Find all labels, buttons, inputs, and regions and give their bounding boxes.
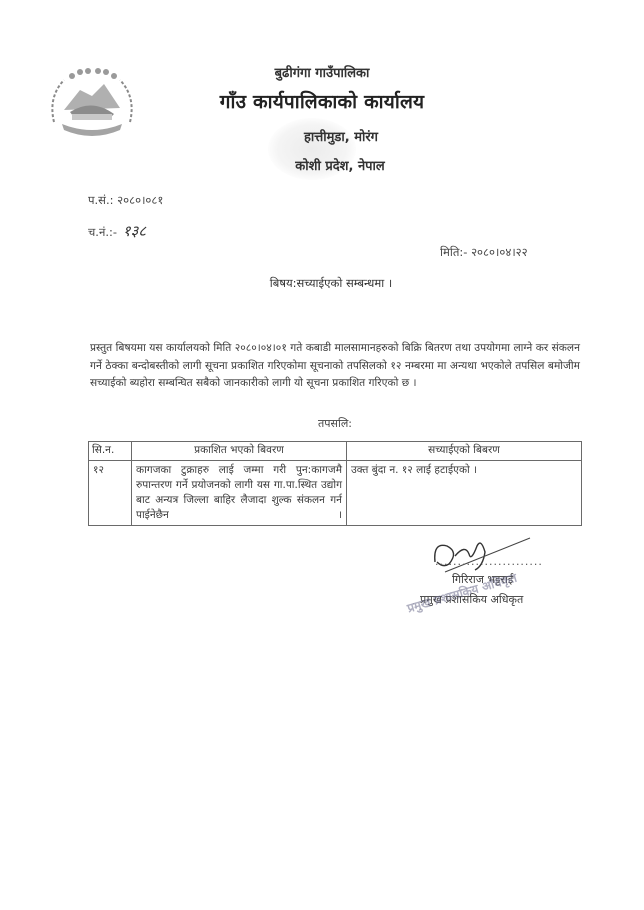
ps-label: प.सं.: xyxy=(88,193,114,207)
letter-date: मिति:- २०८०।०४।२२ xyxy=(440,245,528,260)
reference-ps: प.सं.: २०८०।०८१ xyxy=(88,193,163,208)
signature-line: ........................ xyxy=(435,555,543,568)
cn-label: च.नं.:- xyxy=(88,225,117,239)
body-paragraph: प्रस्तुत बिषयमा यस कार्यालयको मिति २०८०।… xyxy=(90,340,580,393)
cn-value: १३८ xyxy=(123,222,146,240)
address-line-1: हात्तीमुडा, मोरंग xyxy=(0,127,644,145)
cell-published: कागजका टुक्राहरु लाई जम्मा गरी पुन:कागजम… xyxy=(132,461,347,526)
header-corrected: सच्याईएको बिबरण xyxy=(347,442,582,461)
header-serial: सि.न. xyxy=(89,442,132,461)
reference-cn: च.नं.:- १३८ xyxy=(88,221,146,241)
cell-serial: १२ xyxy=(89,461,132,526)
subject-line: बिषय:सच्याईएको सम्बन्धमा । xyxy=(0,276,644,291)
address-line-2: कोशी प्रदेश, नेपाल xyxy=(0,156,644,174)
municipality-name: बुढीगंगा गाउँपालिका xyxy=(0,63,644,81)
office-name: गाँउ कार्यपालिकाको कार्यालय xyxy=(0,88,644,114)
ps-value: २०८०।०८१ xyxy=(117,193,163,207)
date-label: मिति:- xyxy=(440,245,467,259)
date-value: २०८०।०४।२२ xyxy=(471,245,528,259)
header-published: प्रकाशित भएको बिवरण xyxy=(132,442,347,461)
table-header-row: सि.न. प्रकाशित भएको बिवरण सच्याईएको बिबर… xyxy=(89,442,582,461)
corrections-table: सि.न. प्रकाशित भएको बिवरण सच्याईएको बिबर… xyxy=(88,441,582,526)
details-heading: तपसलि: xyxy=(0,416,644,431)
cell-corrected: उक्त बुंदा न. १२ लाई हटाईएको । xyxy=(347,461,582,526)
table-row: १२ कागजका टुक्राहरु लाई जम्मा गरी पुन:का… xyxy=(89,461,582,526)
